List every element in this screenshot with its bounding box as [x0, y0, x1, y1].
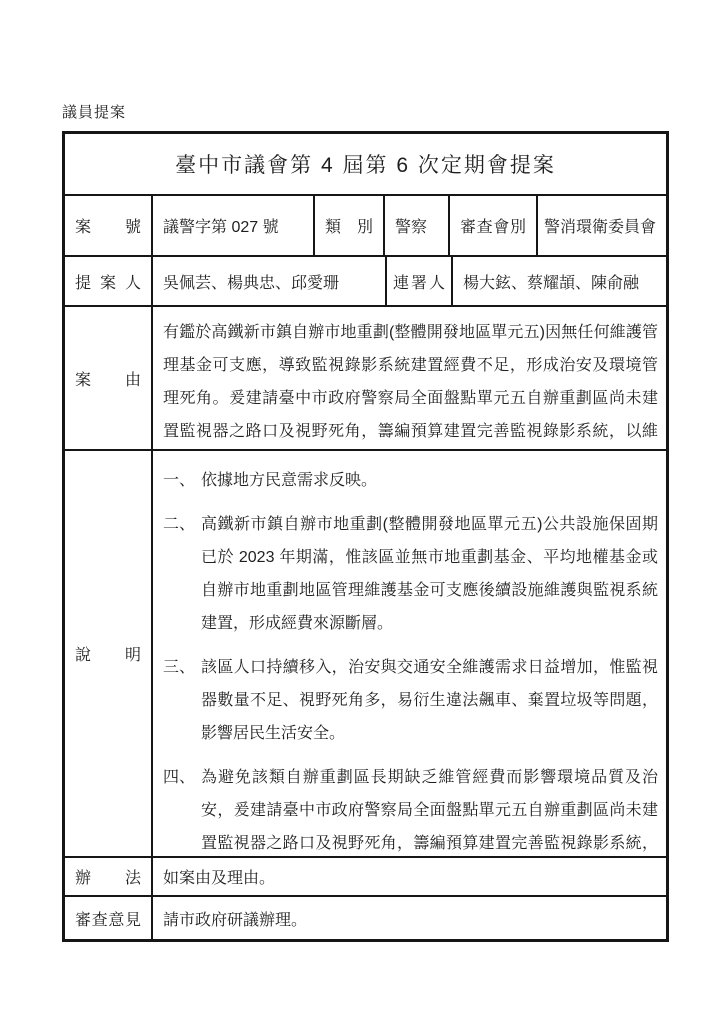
committee-value: 警消環衛委員會 [544, 214, 656, 237]
proposer-label: 提案人 [75, 270, 141, 293]
method-label-cell: 辦法 [65, 858, 151, 895]
category-label: 類別 [325, 214, 373, 237]
case-number-value: 議警字第 027 號 [163, 214, 279, 237]
description-item-3-number: 三、 [163, 651, 195, 684]
category-value: 警察 [395, 214, 427, 237]
review-value-cell: 請市政府研議辦理。 [151, 897, 666, 939]
doc-type-label: 議員提案 [62, 101, 126, 122]
category-value-cell: 警察 [383, 196, 448, 255]
committee-value-cell: 警消環衛委員會 [536, 196, 666, 255]
method-row: 辦法 如案由及理由。 [65, 856, 666, 895]
cosigner-value-cell: 楊大鉉、蔡耀頡、陳俞融 [451, 257, 666, 305]
cosigner-label: 連署人 [393, 270, 445, 293]
case-row: 案號 議警字第 027 號 類別 警察 審查會別 警消環衛委員會 [65, 194, 666, 255]
committee-label-cell: 審查會別 [448, 196, 536, 255]
description-value-cell: 一、依據地方民意需求反映。 二、高鐵新市鎮自辦市地重劃(整體開發地區單元五)公共… [151, 451, 666, 856]
form-title: 臺中市議會第 4 屆第 6 次定期會提案 [175, 149, 556, 179]
review-label-cell: 審查意見 [65, 897, 151, 939]
description-item-4: 四、為避免該類自辦重劃區長期缺乏維管經費而影響環境品質及治安，爰建請臺中市政府警… [163, 761, 658, 856]
subject-text: 有鑑於高鐵新市鎮自辦市地重劃(整體開發地區單元五)因無任何維護管理基金可支應，導… [153, 307, 666, 449]
document-page: 議員提案 臺中市議會第 4 屆第 6 次定期會提案 案號 議警字第 027 號 … [0, 0, 724, 1024]
subject-label-cell: 案由 [65, 307, 151, 449]
subject-row: 案由 有鑑於高鐵新市鎮自辦市地重劃(整體開發地區單元五)因無任何維護管理基金可支… [65, 305, 666, 449]
method-value-cell: 如案由及理由。 [151, 858, 666, 895]
description-item-2-text: 高鐵新市鎮自辦市地重劃(整體開發地區單元五)公共設施保固期已於 2023 年期滿… [201, 516, 658, 632]
subject-label: 案由 [75, 367, 141, 390]
proposal-form-table: 臺中市議會第 4 屆第 6 次定期會提案 案號 議警字第 027 號 類別 警察… [62, 131, 669, 942]
cosigner-value: 楊大鉉、蔡耀頡、陳俞融 [463, 270, 639, 293]
proposer-row: 提案人 吳佩芸、楊典忠、邱愛珊 連署人 楊大鉉、蔡耀頡、陳俞融 [65, 255, 666, 305]
description-item-4-number: 四、 [163, 761, 195, 794]
description-row: 說明 一、依據地方民意需求反映。 二、高鐵新市鎮自辦市地重劃(整體開發地區單元五… [65, 449, 666, 856]
description-item-2: 二、高鐵新市鎮自辦市地重劃(整體開發地區單元五)公共設施保固期已於 2023 年… [163, 508, 658, 640]
description-item-1: 一、依據地方民意需求反映。 [163, 464, 658, 497]
description-item-1-text: 依據地方民意需求反映。 [201, 472, 377, 489]
committee-label: 審查會別 [460, 214, 526, 237]
description-item-3: 三、該區人口持續移入，治安與交通安全維護需求日益增加，惟監視器數量不足、視野死角… [163, 651, 658, 750]
method-value: 如案由及理由。 [163, 865, 275, 888]
description-item-2-number: 二、 [163, 508, 195, 541]
method-label: 辦法 [75, 865, 141, 888]
proposer-value-cell: 吳佩芸、楊典忠、邱愛珊 [151, 257, 385, 305]
review-row: 審查意見 請市政府研議辦理。 [65, 895, 666, 939]
description-item-4-text: 為避免該類自辦重劃區長期缺乏維管經費而影響環境品質及治安，爰建請臺中市政府警察局… [201, 769, 658, 856]
description-list: 一、依據地方民意需求反映。 二、高鐵新市鎮自辦市地重劃(整體開發地區單元五)公共… [153, 451, 666, 856]
review-value: 請市政府研議辦理。 [163, 907, 307, 930]
subject-value-cell: 有鑑於高鐵新市鎮自辦市地重劃(整體開發地區單元五)因無任何維護管理基金可支應，導… [151, 307, 666, 449]
form-title-row: 臺中市議會第 4 屆第 6 次定期會提案 [65, 134, 666, 194]
cosigner-label-cell: 連署人 [385, 257, 451, 305]
proposer-label-cell: 提案人 [65, 257, 151, 305]
description-item-1-number: 一、 [163, 464, 195, 497]
proposer-value: 吳佩芸、楊典忠、邱愛珊 [163, 270, 339, 293]
case-number-label-cell: 案號 [65, 196, 151, 255]
description-label: 說明 [75, 642, 141, 665]
category-label-cell: 類別 [313, 196, 383, 255]
review-label: 審查意見 [75, 907, 141, 930]
case-number-value-cell: 議警字第 027 號 [151, 196, 313, 255]
case-number-label: 案號 [75, 214, 141, 237]
description-label-cell: 說明 [65, 451, 151, 856]
description-item-3-text: 該區人口持續移入，治安與交通安全維護需求日益增加，惟監視器數量不足、視野死角多，… [201, 659, 658, 742]
